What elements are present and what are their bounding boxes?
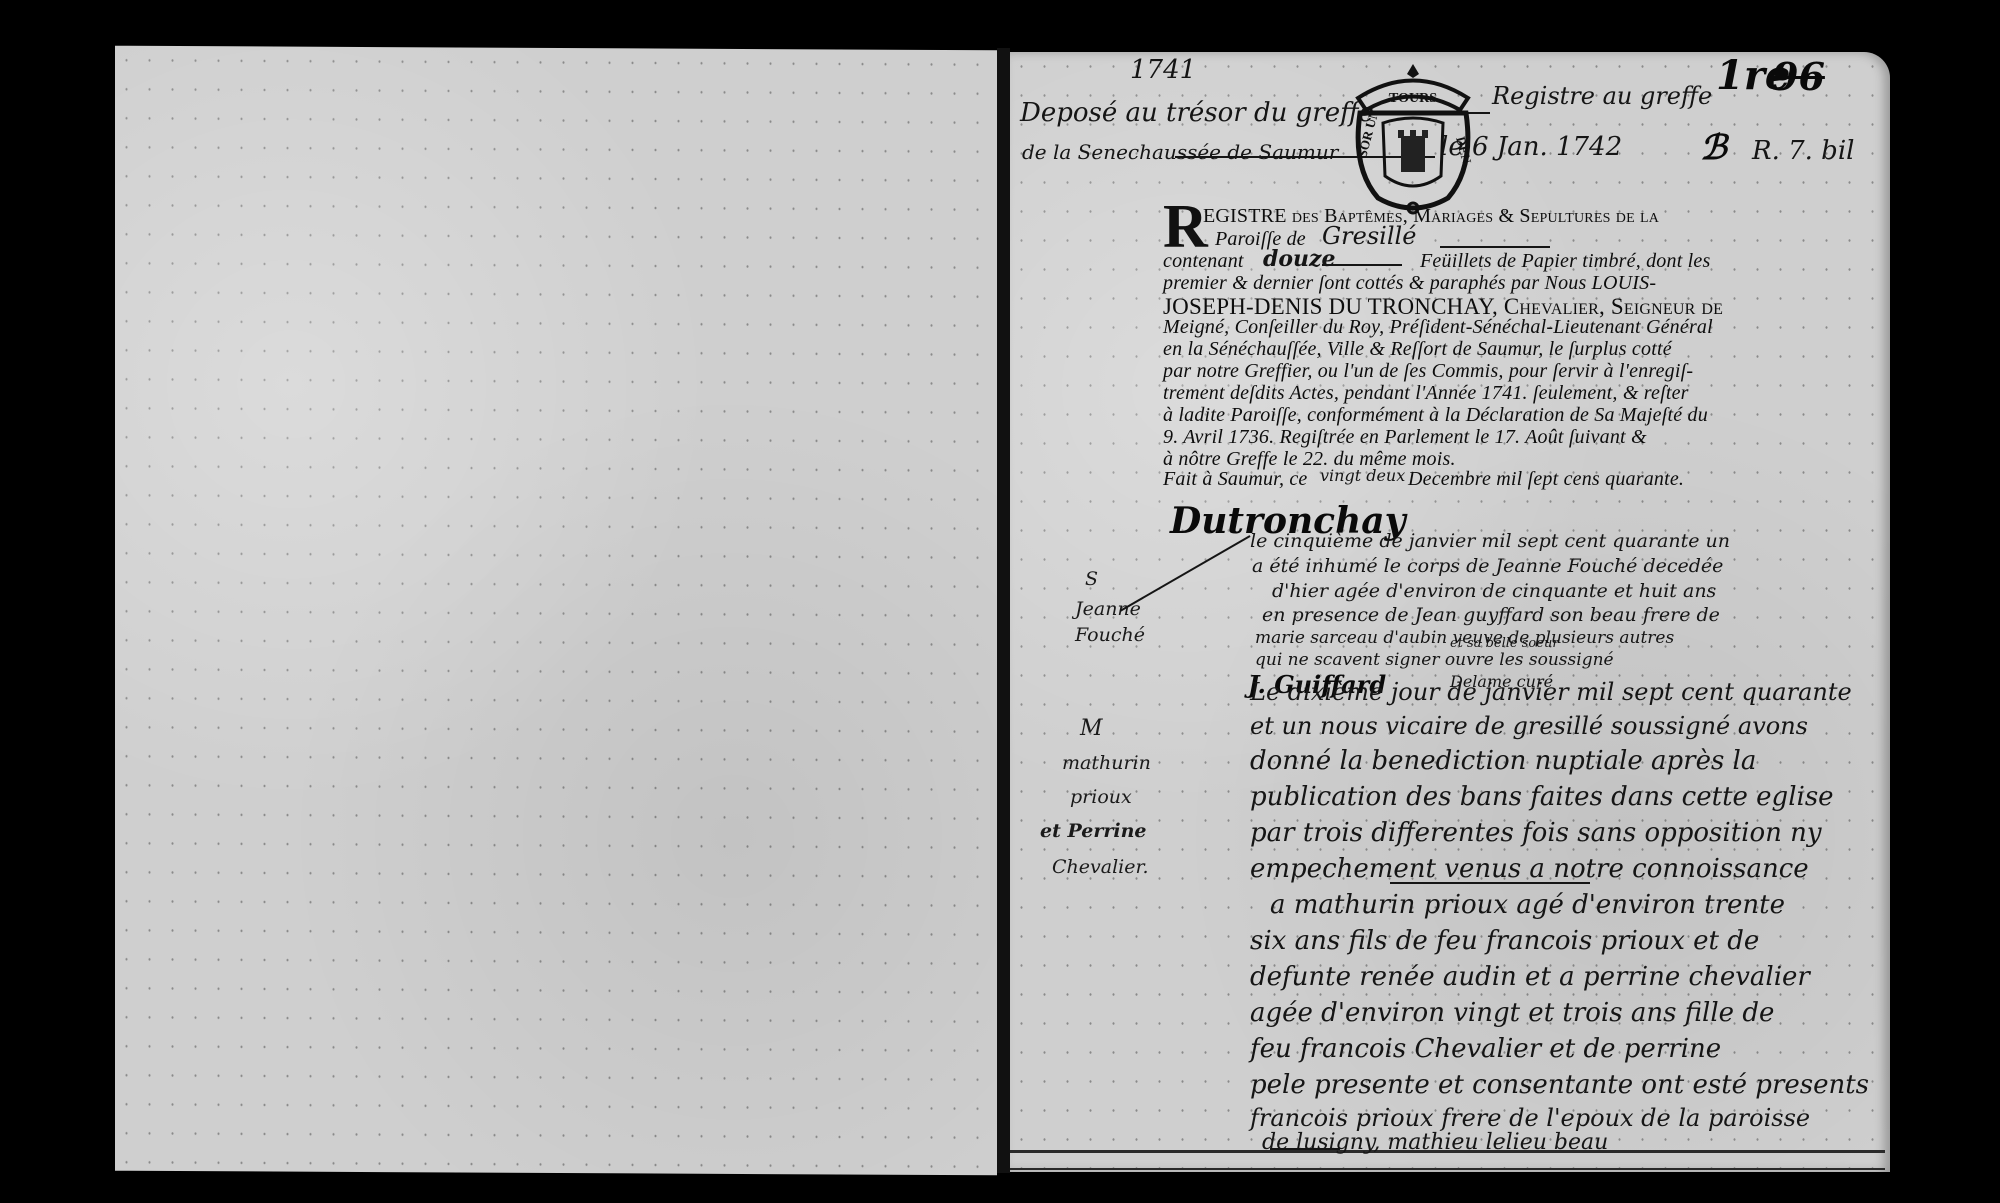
entry2-margin-bride2: Chevalier. (1052, 856, 1149, 878)
left-page-blank (115, 46, 997, 1176)
entry2-margin-type: M (1080, 716, 1103, 741)
strikethrough (1390, 882, 1590, 884)
entry2-line3: donné la benediction nuptiale après la (1250, 746, 1756, 776)
form-line-1: EGISTRE des Baptêmes, Mariages & Sepultu… (1203, 205, 1659, 228)
filled-count: douze (1263, 246, 1336, 272)
entry2-line2: et un nous vicaire de gresillé soussigné… (1250, 712, 1808, 740)
folio-struck: 96 (1772, 54, 1825, 99)
form-line-12: 9. Avril 1736. Regiſtrée en Parlement le… (1163, 426, 1647, 449)
entry2-margin-groom1: mathurin (1062, 752, 1151, 774)
form-line-10: trement deſdits Actes, pendant l'Année 1… (1163, 382, 1689, 405)
entry2-line6: empechement venus a notre connoissance (1250, 854, 1809, 884)
filled-day: vingt deux (1320, 466, 1405, 485)
deposit-note-line2: de la Senechaussée de Saumur (1022, 140, 1338, 164)
registry-note: Registre au greffe (1492, 82, 1712, 110)
entry1-line4: en presence de Jean guyffard son beau fr… (1262, 604, 1720, 626)
entry1-line2: a été inhumé le corps de Jeanne Fouché d… (1252, 555, 1723, 577)
entry1-line1: le cinquième de janvier mil sept cent qu… (1250, 530, 1730, 552)
entry1-margin-name2: Fouché (1075, 624, 1145, 646)
page-edge-line (1010, 1168, 1885, 1170)
book-spine (997, 48, 1010, 1173)
entry2-line4: publication des bans faites dans cette e… (1250, 782, 1834, 812)
entry1-line3: d'hier agée d'environ de cinquante et hu… (1272, 580, 1716, 602)
form-line-9: par notre Greffier, ou l'un de ſes Commi… (1163, 360, 1693, 383)
entry1-margin-type: S (1085, 568, 1098, 590)
entry2-line1: Le dixième jour de janvier mil sept cent… (1250, 678, 1852, 706)
strikethrough (1270, 1148, 1340, 1150)
year-note: 1741 (1130, 55, 1196, 85)
registry-paraph: ℬ (1700, 128, 1727, 168)
entry2-margin-groom2: prioux (1070, 786, 1132, 808)
form-blank-line (1322, 264, 1402, 266)
svg-text:DEN: DEN (1453, 135, 1475, 166)
entry2-line13: francois prioux frere de l'epoux de la p… (1250, 1104, 1810, 1132)
form-line-4: Feüillets de Papier timbré, dont les (1420, 250, 1710, 273)
form-blank-line (1440, 246, 1550, 248)
entry2-line14: de lusigny, mathieu lelieu beau (1262, 1130, 1608, 1155)
form-line-3: contenant (1163, 250, 1244, 273)
form-line-8: en la Sénéchauſſée, Ville & Reſſort de S… (1163, 338, 1672, 361)
entry2-line7: a mathurin prioux agé d'environ trente (1270, 890, 1785, 920)
entry2-line8: six ans fils de feu francois prioux et d… (1250, 926, 1759, 956)
form-line-15: Decembre mil ſept cens quarante. (1408, 468, 1684, 491)
form-line-14: Fait à Saumur, ce (1163, 468, 1308, 491)
entry2-line9: defunte renée audin et a perrine chevali… (1250, 962, 1810, 992)
entry1-line6: qui ne scavent signer ouvre les soussign… (1255, 650, 1614, 670)
registry-ref: R. 7. bil (1752, 136, 1854, 166)
tours-arms-stamp-icon: TOURS SOR UN DEN (1338, 58, 1488, 218)
entry2-margin-bride1: et Perrine (1040, 820, 1147, 842)
entry2-line10: agée d'environ vingt et trois ans fille … (1250, 998, 1774, 1028)
form-line-5: premier & dernier ſont cottés & paraphés… (1163, 272, 1656, 295)
filled-parish: Gresillé (1322, 222, 1416, 250)
entry2-line5: par trois differentes fois sans oppositi… (1250, 818, 1822, 848)
form-line-11: à ladite Paroiſſe, conformément à la Déc… (1163, 404, 1708, 427)
dropcap-R: R (1163, 196, 1208, 258)
svg-text:TOURS: TOURS (1389, 91, 1437, 106)
form-line-7: Meigné, Conſeiller du Roy, Préſident-Sén… (1163, 316, 1713, 339)
entry2-line11: feu francois Chevalier et de perrine (1250, 1034, 1721, 1064)
entry1-margin-name1: Jeanne (1075, 598, 1141, 620)
entry1-interlinear: et sa belle soeur (1450, 636, 1559, 651)
entry2-line12: pele presente et consentante ont esté pr… (1250, 1070, 1869, 1100)
deposit-note-line1: Deposé au trésor du greffe (1020, 98, 1374, 128)
